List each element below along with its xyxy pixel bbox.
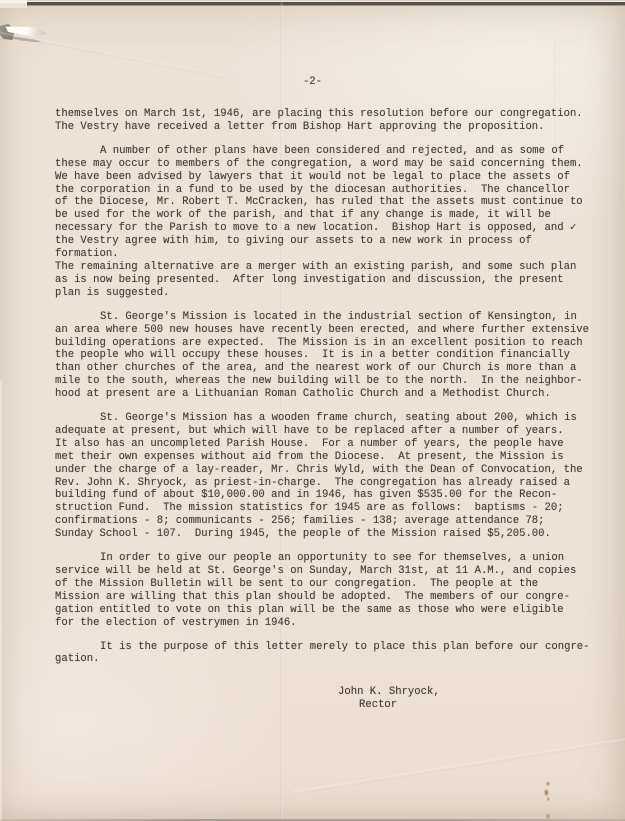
signature-title: Rector — [338, 699, 595, 712]
left-edge-highlight — [0, 380, 2, 821]
paragraph-2: A number of other plans have been consid… — [55, 145, 595, 300]
paragraph-5: In order to give our people an opportuni… — [55, 552, 595, 629]
letter-body: themselves on March 1st, 1946, are placi… — [55, 108, 595, 712]
ink-stain-dot — [545, 813, 551, 820]
signature-name: John K. Shryock, — [338, 686, 595, 699]
signature-block: John K. Shryock, Rector — [338, 686, 595, 712]
scanned-letter-page: -2- themselves on March 1st, 1946, are p… — [0, 0, 625, 821]
bottom-right-crease — [292, 725, 625, 795]
paragraph-6: It is the purpose of this letter merely … — [55, 641, 595, 667]
torn-edge-gap — [0, 0, 27, 8]
paragraph-3: St. George's Mission is located in the i… — [55, 311, 595, 401]
page-number: -2- — [0, 76, 625, 88]
ink-stain — [541, 781, 553, 801]
paper-tear-shadow — [9, 36, 41, 43]
scanner-edge-strip — [0, 0, 625, 7]
paragraph-4: St. George's Mission has a wooden frame … — [55, 412, 595, 541]
paragraph-1: themselves on March 1st, 1946, are placi… — [55, 108, 595, 134]
